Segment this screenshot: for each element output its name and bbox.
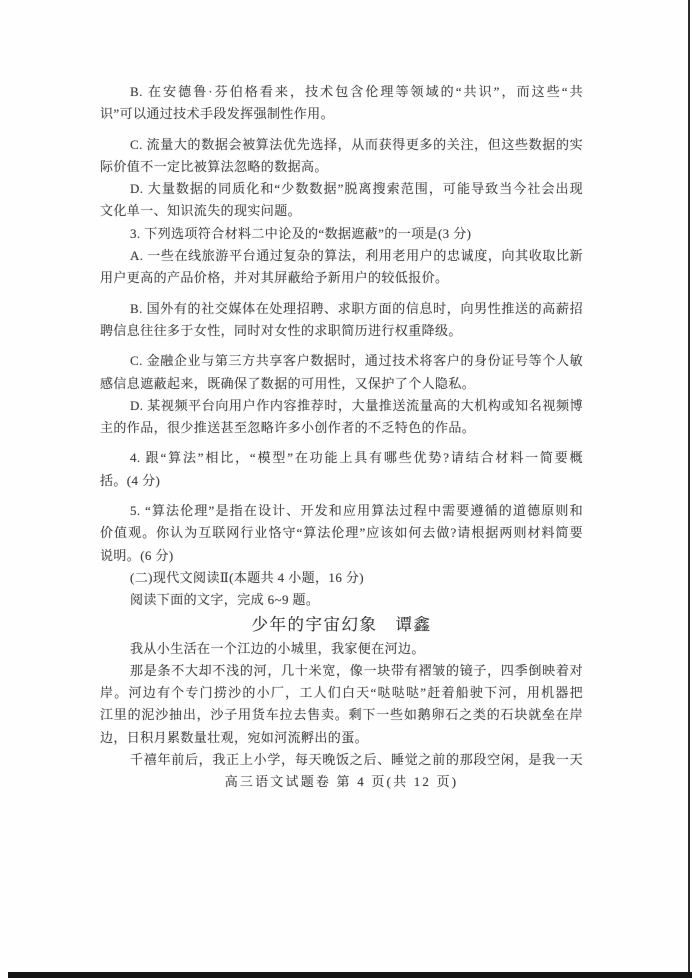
document-page: B. 在安德鲁·芬伯格看来，技术包含伦理等领域的“共识”，而这些“共识”可以通过… — [0, 0, 692, 978]
text-line: B. 国外有的社交媒体在处理招聘、求职方面的信息时，向男性推送的高薪招 — [100, 298, 583, 320]
text-line: 主的作品，很少推送甚至忽略许多小创作者的不乏特色的作品。 — [100, 417, 583, 439]
text-line: 说明。(6 分) — [100, 545, 583, 567]
text-line: 边，日积月累数量壮观，宛如河流孵出的蛋。 — [100, 727, 583, 749]
text-line: 感信息遮蔽起来，既确保了数据的可用性，又保护了个人隐私。 — [100, 373, 583, 395]
text-line: 聘信息往往多于女性，同时对女性的求职简历进行权重降级。 — [100, 320, 583, 342]
text-line: 用户更高的产品价格，并对其屏蔽给予新用户的较低报价。 — [100, 267, 583, 289]
text-line: 江里的泥沙抽出，沙子用货车拉去售卖。剩下一些如鹅卵石之类的石块就垒在岸 — [100, 704, 583, 726]
text-line: (二)现代文阅读Ⅱ(本题共 4 小题，16 分) — [100, 567, 583, 589]
text-line: 千禧年前后，我正上小学，每天晚饭之后、睡觉之前的那段空闲，是我一天 — [100, 749, 583, 771]
text-line: 际价值不一定比被算法忽略的数据高。 — [100, 156, 583, 178]
text-line: 那是条不大却不浅的河，几十米宽，像一块带有褶皱的镜子，四季倒映着对 — [100, 660, 583, 682]
text-line: D. 某视频平台向用户作内容推荐时，大量推送流量高的大机构或知名视频博 — [100, 395, 583, 417]
text-line: 识”可以通过技术手段发挥强制性作用。 — [100, 103, 583, 125]
scan-edge-bottom-artifact — [8, 972, 692, 978]
page-footer: 高三语文试题卷 第 4 页(共 12 页) — [100, 771, 583, 793]
passage-lines: B. 在安德鲁·芬伯格看来，技术包含伦理等领域的“共识”，而这些“共识”可以通过… — [100, 81, 583, 771]
text-line: 4. 跟“算法”相比，“模型”在功能上具有哪些优势?请结合材料一简要概 — [100, 447, 583, 469]
text-line: 文化单一、知识流失的现实问题。 — [100, 200, 583, 222]
text-line: C. 流量大的数据会被算法优先选择，从而获得更多的关注，但这些数据的实 — [100, 134, 583, 156]
text-line: 3. 下列选项符合材料二中论及的“数据遮蔽”的一项是(3 分) — [100, 223, 583, 245]
text-line: 岸。河边有个专门捞沙的小厂，工人们白天“哒哒哒”赶着船驶下河，用机器把 — [100, 682, 583, 704]
text-column: B. 在安德鲁·芬伯格看来，技术包含伦理等领域的“共识”，而这些“共识”可以通过… — [100, 0, 583, 794]
text-line: 5. “算法伦理”是指在设计、开发和应用算法过程中需要遵循的道德原则和 — [100, 500, 583, 522]
text-line: A. 一些在线旅游平台通过复杂的算法，利用老用户的忠诚度，向其收取比新 — [100, 245, 583, 267]
text-line: D. 大量数据的同质化和“少数数据”脱离搜索范围，可能导致当今社会出现 — [100, 178, 583, 200]
text-line: 括。(4 分) — [100, 470, 583, 492]
text-line: 我从小生活在一个江边的小城里，我家便在河边。 — [100, 638, 583, 660]
text-line: B. 在安德鲁·芬伯格看来，技术包含伦理等领域的“共识”，而这些“共 — [100, 81, 583, 103]
reading-title: 少年的宇宙幻象 谭鑫 — [100, 612, 583, 638]
text-line: 阅读下面的文字，完成 6~9 题。 — [100, 589, 583, 611]
text-line: 价值观。你认为互联网行业恪守“算法伦理”应该如何去做?请根据两则材料简要 — [100, 522, 583, 544]
text-line: C. 金融企业与第三方共享客户数据时，通过技术将客户的身份证号等个人敏 — [100, 350, 583, 372]
scan-edge-right-artifact — [688, 0, 690, 978]
